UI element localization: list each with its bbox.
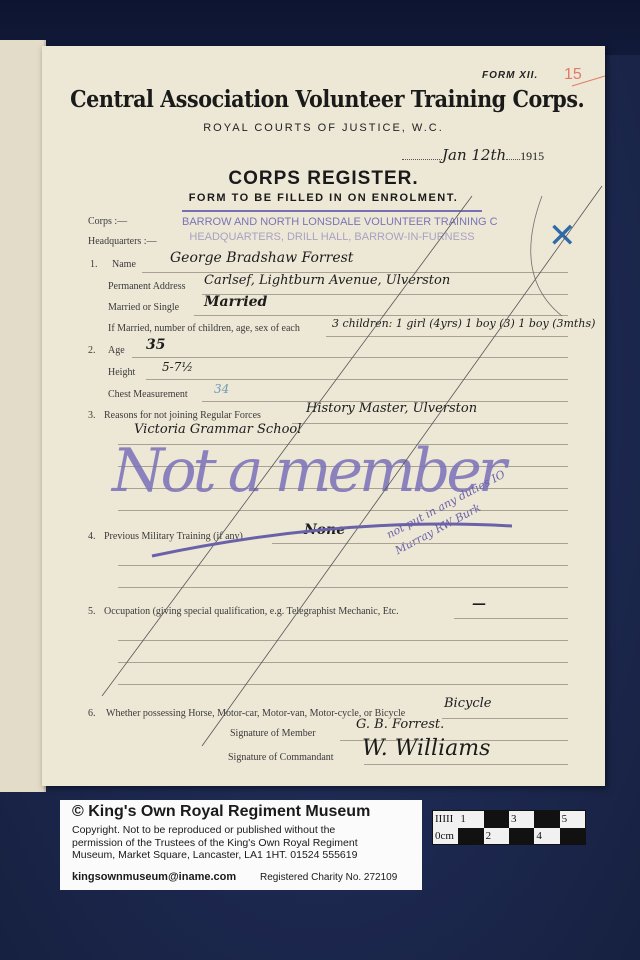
museum-email: kingsownmuseum@iname.com xyxy=(72,871,236,883)
scale-cell xyxy=(534,811,559,828)
scale-cell: 2 xyxy=(484,828,509,845)
scale-cell: 4 xyxy=(534,828,559,845)
museum-label-line-3: Museum, Market Square, Lancaster, LA1 1H… xyxy=(72,849,358,862)
centimeter-scale-bar: IIIII 1 3 5 0cm 2 4 xyxy=(432,810,586,845)
scale-cell: 1 xyxy=(458,811,483,828)
scale-cell: 0cm xyxy=(433,828,458,845)
scale-cell xyxy=(560,828,585,845)
scale-cell xyxy=(484,811,509,828)
museum-label-line-2: permission of the Trustees of the King's… xyxy=(72,837,358,850)
scale-cell: 5 xyxy=(560,811,585,828)
scale-cell xyxy=(458,828,483,845)
museum-label-line-1: Copyright. Not to be reproduced or publi… xyxy=(72,824,358,837)
museum-copyright-label: © King's Own Royal Regiment Museum Copyr… xyxy=(60,800,422,890)
scale-cell: IIIII xyxy=(433,811,458,828)
museum-charity-number: Registered Charity No. 272109 xyxy=(260,872,397,883)
facing-page xyxy=(0,40,46,792)
pencil-strike-lines xyxy=(42,46,605,786)
register-form-page: FORM XII. 15 Central Association Volunte… xyxy=(42,46,605,786)
scale-cell xyxy=(509,828,534,845)
museum-label-title: © King's Own Royal Regiment Museum xyxy=(72,803,370,821)
scale-cell: 3 xyxy=(509,811,534,828)
museum-label-body: Copyright. Not to be reproduced or publi… xyxy=(72,824,358,862)
